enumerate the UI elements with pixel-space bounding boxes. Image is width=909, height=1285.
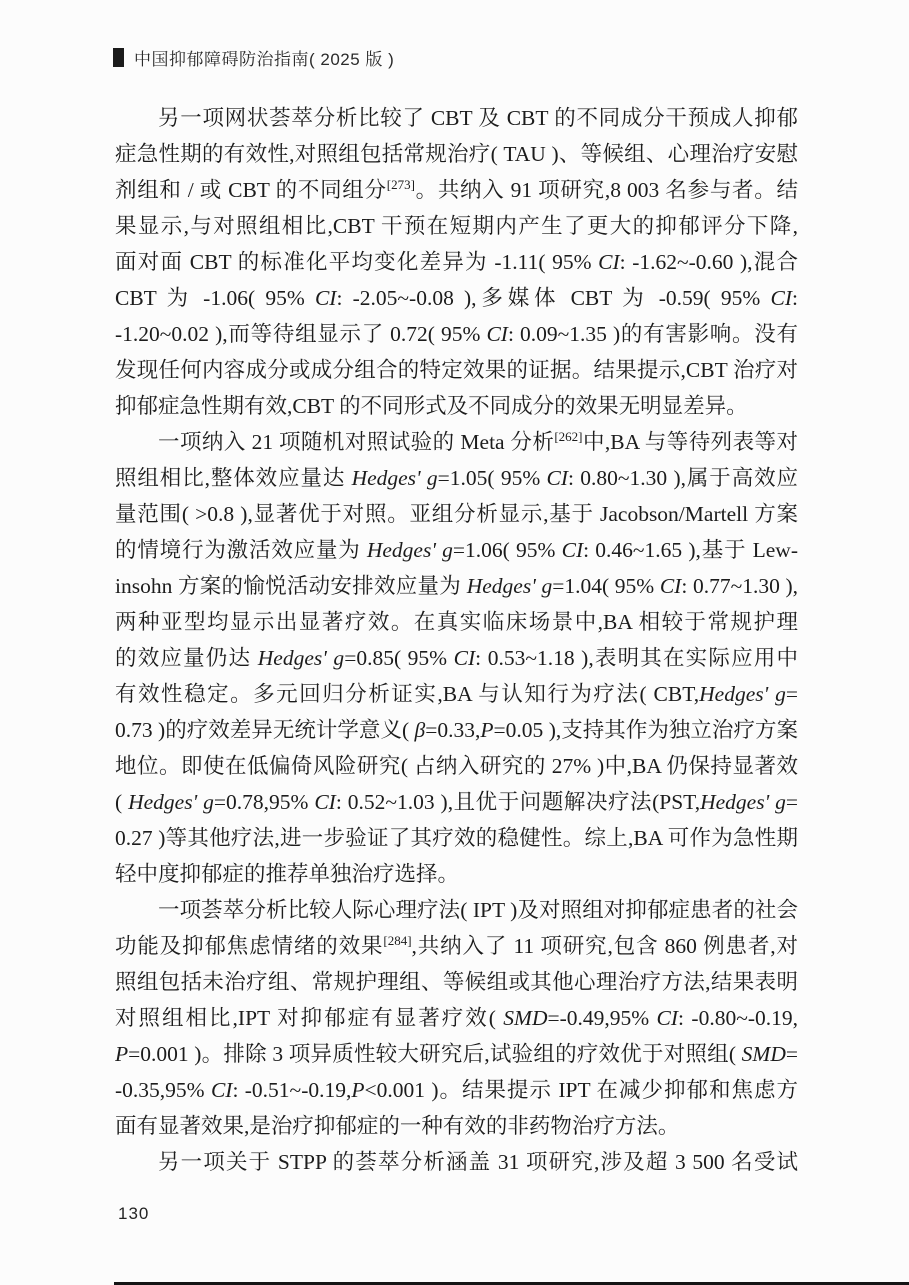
text-segment: CI [562, 538, 584, 562]
text-segment: CI [314, 790, 336, 814]
text-segment: Hedges' g [367, 538, 453, 562]
text-segment: Hedges' g [699, 682, 786, 706]
text-segment: Hedges' g [258, 646, 344, 670]
text-segment: Hedges' g [700, 790, 786, 814]
text-segment: CI [547, 466, 569, 490]
text-line: 的情境行为激活效应量为 Hedges' g=1.06( 95% CI: 0.46… [115, 532, 798, 568]
text-line: 面对面 CBT 的标准化平均变化差异为 -1.11( 95% CI: -1.62… [115, 244, 798, 280]
text-line: 量范围( >0.8 ),显著优于对照。亚组分析显示,基于 Jacobson/Ma… [115, 496, 798, 532]
reference-superscript: [284] [383, 933, 411, 948]
text-line: insohn 方案的愉悦活动安排效应量为 Hedges' g=1.04( 95%… [115, 568, 798, 604]
text-line: 0.73 )的疗效差异无统计学意义( β=0.33,P=0.05 ),支持其作为… [115, 712, 798, 748]
text-line: 轻中度抑郁症的推荐单独治疗选择。 [115, 856, 798, 892]
reference-superscript: [262] [554, 429, 582, 444]
text-line: 抑郁症急性期有效,CBT 的不同形式及不同成分的效果无明显差异。 [115, 388, 798, 424]
page-header: 中国抑郁障碍防治指南( 2025 版 ) [113, 45, 394, 70]
text-line: -0.35,95% CI: -0.51~-0.19,P<0.001 )。结果提示… [115, 1072, 798, 1108]
text-segment: CI [598, 250, 620, 274]
text-segment: CI [315, 286, 337, 310]
text-line: -1.20~0.02 ),而等待组显示了 0.72( 95% CI: 0.09~… [115, 316, 798, 352]
body-text: 另一项网状荟萃分析比较了 CBT 及 CBT 的不同成分干预成人抑郁症急性期的有… [115, 100, 798, 1180]
text-line: CBT 为 -1.06( 95% CI: -2.05~-0.08 ),多媒体 C… [115, 280, 798, 316]
text-line: 两种亚型均显示出显著疗效。在真实临床场景中,BA 相较于常规护理 [115, 604, 798, 640]
text-segment: SMD [742, 1042, 786, 1066]
section-marker-icon [113, 48, 124, 67]
text-line: 发现任何内容成分或成分组合的特定效果的证据。结果提示,CBT 治疗对 [115, 352, 798, 388]
page-number: 130 [118, 1204, 149, 1224]
text-line: 一项荟萃分析比较人际心理疗法( IPT )及对照组对抑郁症患者的社会 [115, 892, 798, 928]
text-segment: CI [771, 286, 793, 310]
page-header-title: 中国抑郁障碍防治指南( 2025 版 ) [134, 45, 394, 70]
text-line: 对照组相比,IPT 对抑郁症有显著疗效( SMD=-0.49,95% CI: -… [115, 1000, 798, 1036]
text-line: 有效性稳定。多元回归分析证实,BA 与认知行为疗法( CBT,Hedges' g… [115, 676, 798, 712]
text-segment: β [415, 718, 426, 742]
text-line: ( Hedges' g=0.78,95% CI: 0.52~1.03 ),且优于… [115, 784, 798, 820]
text-segment: CI [657, 1006, 679, 1030]
text-line: 一项纳入 21 项随机对照试验的 Meta 分析[262]中,BA 与等待列表等… [115, 424, 798, 460]
text-line: 的效应量仍达 Hedges' g=0.85( 95% CI: 0.53~1.18… [115, 640, 798, 676]
text-segment: P [351, 1078, 364, 1102]
text-line: 果显示,与对照组相比,CBT 干预在短期内产生了更大的抑郁评分下降, [115, 208, 798, 244]
text-segment: CI [660, 574, 682, 598]
text-segment: CI [454, 646, 476, 670]
paragraph: 一项纳入 21 项随机对照试验的 Meta 分析[262]中,BA 与等待列表等… [115, 424, 798, 892]
text-line: 另一项关于 STPP 的荟萃分析涵盖 31 项研究,涉及超 3 500 名受试 [115, 1144, 798, 1180]
text-segment: Hedges' g [128, 790, 214, 814]
text-segment: Hedges' g [352, 466, 438, 490]
text-segment: CI [486, 322, 508, 346]
text-line: 另一项网状荟萃分析比较了 CBT 及 CBT 的不同成分干预成人抑郁 [115, 100, 798, 136]
text-segment: CI [211, 1078, 233, 1102]
text-line: 面有显著效果,是治疗抑郁症的一种有效的非药物治疗方法。 [115, 1108, 798, 1144]
reference-superscript: [273] [387, 177, 415, 192]
text-line: 地位。即使在低偏倚风险研究( 占纳入研究的 27% )中,BA 仍保持显著效应 [115, 748, 798, 784]
paragraph: 另一项关于 STPP 的荟萃分析涵盖 31 项研究,涉及超 3 500 名受试 [115, 1144, 798, 1180]
text-segment: P [480, 718, 493, 742]
text-line: 功能及抑郁焦虑情绪的效果[284],共纳入了 11 项研究,包含 860 例患者… [115, 928, 798, 964]
paragraph: 另一项网状荟萃分析比较了 CBT 及 CBT 的不同成分干预成人抑郁症急性期的有… [115, 100, 798, 424]
text-segment: SMD [503, 1006, 547, 1030]
text-segment: Hedges' g [467, 574, 552, 598]
paragraph: 一项荟萃分析比较人际心理疗法( IPT )及对照组对抑郁症患者的社会功能及抑郁焦… [115, 892, 798, 1144]
text-line: 照组相比,整体效应量达 Hedges' g=1.05( 95% CI: 0.80… [115, 460, 798, 496]
text-line: 症急性期的有效性,对照组包括常规治疗( TAU )、等候组、心理治疗安慰 [115, 136, 798, 172]
text-line: P=0.001 )。排除 3 项异质性较大研究后,试验组的疗效优于对照组( SM… [115, 1036, 798, 1072]
text-line: 照组包括未治疗组、常规护理组、等候组或其他心理治疗方法,结果表明与 [115, 964, 798, 1000]
text-line: 剂组和 / 或 CBT 的不同组分[273]。共纳入 91 项研究,8 003 … [115, 172, 798, 208]
text-line: 0.27 )等其他疗法,进一步验证了其疗效的稳健性。综上,BA 可作为急性期 [115, 820, 798, 856]
text-segment: P [115, 1042, 128, 1066]
